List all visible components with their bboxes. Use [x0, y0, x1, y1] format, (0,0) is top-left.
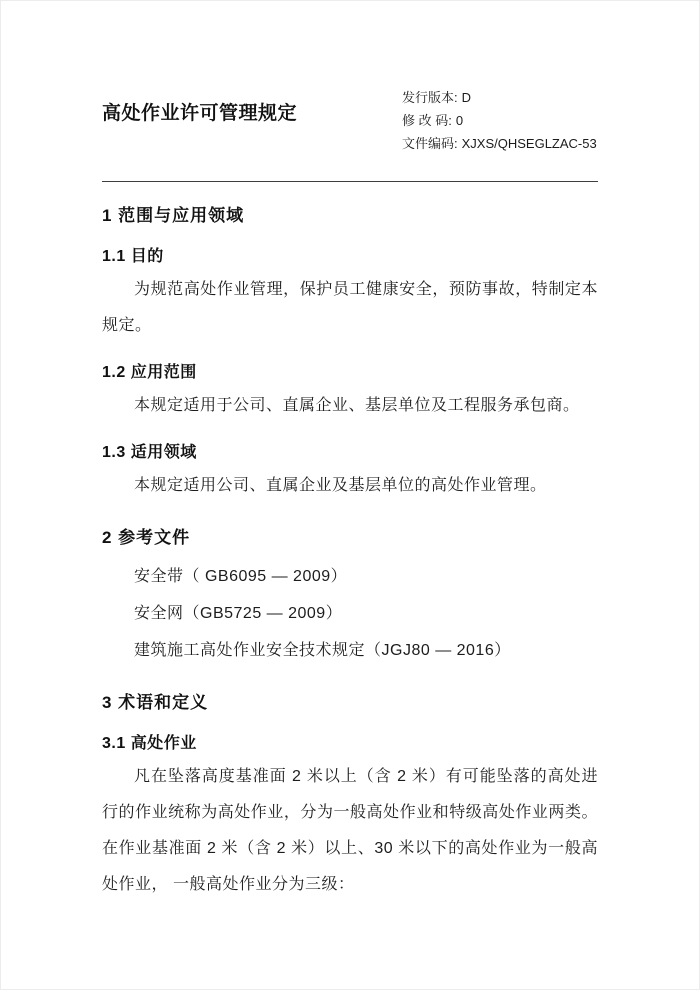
meta-revision-value: 0 [456, 113, 463, 128]
meta-line-revision: 修 改 码:0 [402, 109, 598, 132]
meta-version-label: 发行版本: [402, 90, 458, 105]
document-page: 高处作业许可管理规定 发行版本:D 修 改 码:0 文件编码:XJXS/QHSE… [0, 0, 700, 990]
paragraph-applicable-field: 本规定适用公司、直属企业及基层单位的高处作业管理。 [102, 468, 598, 504]
subsection-heading-high-altitude-work: 3.1 高处作业 [102, 733, 598, 755]
document-header: 高处作业许可管理规定 发行版本:D 修 改 码:0 文件编码:XJXS/QHSE… [102, 86, 598, 155]
document-meta-block: 发行版本:D 修 改 码:0 文件编码:XJXS/QHSEGLZAC-53 [402, 86, 598, 155]
meta-doc-code-value: XJXS/QHSEGLZAC-53 [462, 136, 597, 151]
subsection-heading-applicable-field: 1.3 适用领域 [102, 442, 598, 464]
reference-item-safety-belt: 安全带（ GB6095 — 2009） [102, 558, 598, 595]
meta-line-version: 发行版本:D [402, 86, 598, 109]
paragraph-purpose: 为规范高处作业管理，保护员工健康安全，预防事故，特制定本规定。 [102, 272, 598, 344]
reference-item-safety-net: 安全网（GB5725 — 2009） [102, 595, 598, 632]
section-heading-references: 2 参考文件 [102, 526, 598, 550]
paragraph-application-scope: 本规定适用于公司、直属企业、基层单位及工程服务承包商。 [102, 388, 598, 424]
meta-line-doc-code: 文件编码:XJXS/QHSEGLZAC-53 [402, 132, 598, 155]
reference-list: 安全带（ GB6095 — 2009） 安全网（GB5725 — 2009） 建… [102, 558, 598, 669]
section-heading-scope: 1 范围与应用领域 [102, 204, 598, 228]
header-divider [102, 181, 598, 182]
reference-item-construction-regulation: 建筑施工高处作业安全技术规定（JGJ80 — 2016） [102, 632, 598, 669]
subsection-heading-purpose: 1.1 目的 [102, 246, 598, 268]
subsection-heading-application-scope: 1.2 应用范围 [102, 362, 598, 384]
document-title: 高处作业许可管理规定 [102, 98, 297, 125]
meta-doc-code-label: 文件编码: [402, 136, 458, 151]
paragraph-high-altitude-work-definition: 凡在坠落高度基准面 2 米以上（含 2 米）有可能坠落的高处进行的作业统称为高处… [102, 759, 598, 903]
meta-version-value: D [462, 90, 471, 105]
section-heading-terms: 3 术语和定义 [102, 691, 598, 715]
document-body: 1 范围与应用领域 1.1 目的 为规范高处作业管理，保护员工健康安全，预防事故… [102, 204, 598, 903]
meta-revision-label: 修 改 码: [402, 113, 452, 128]
